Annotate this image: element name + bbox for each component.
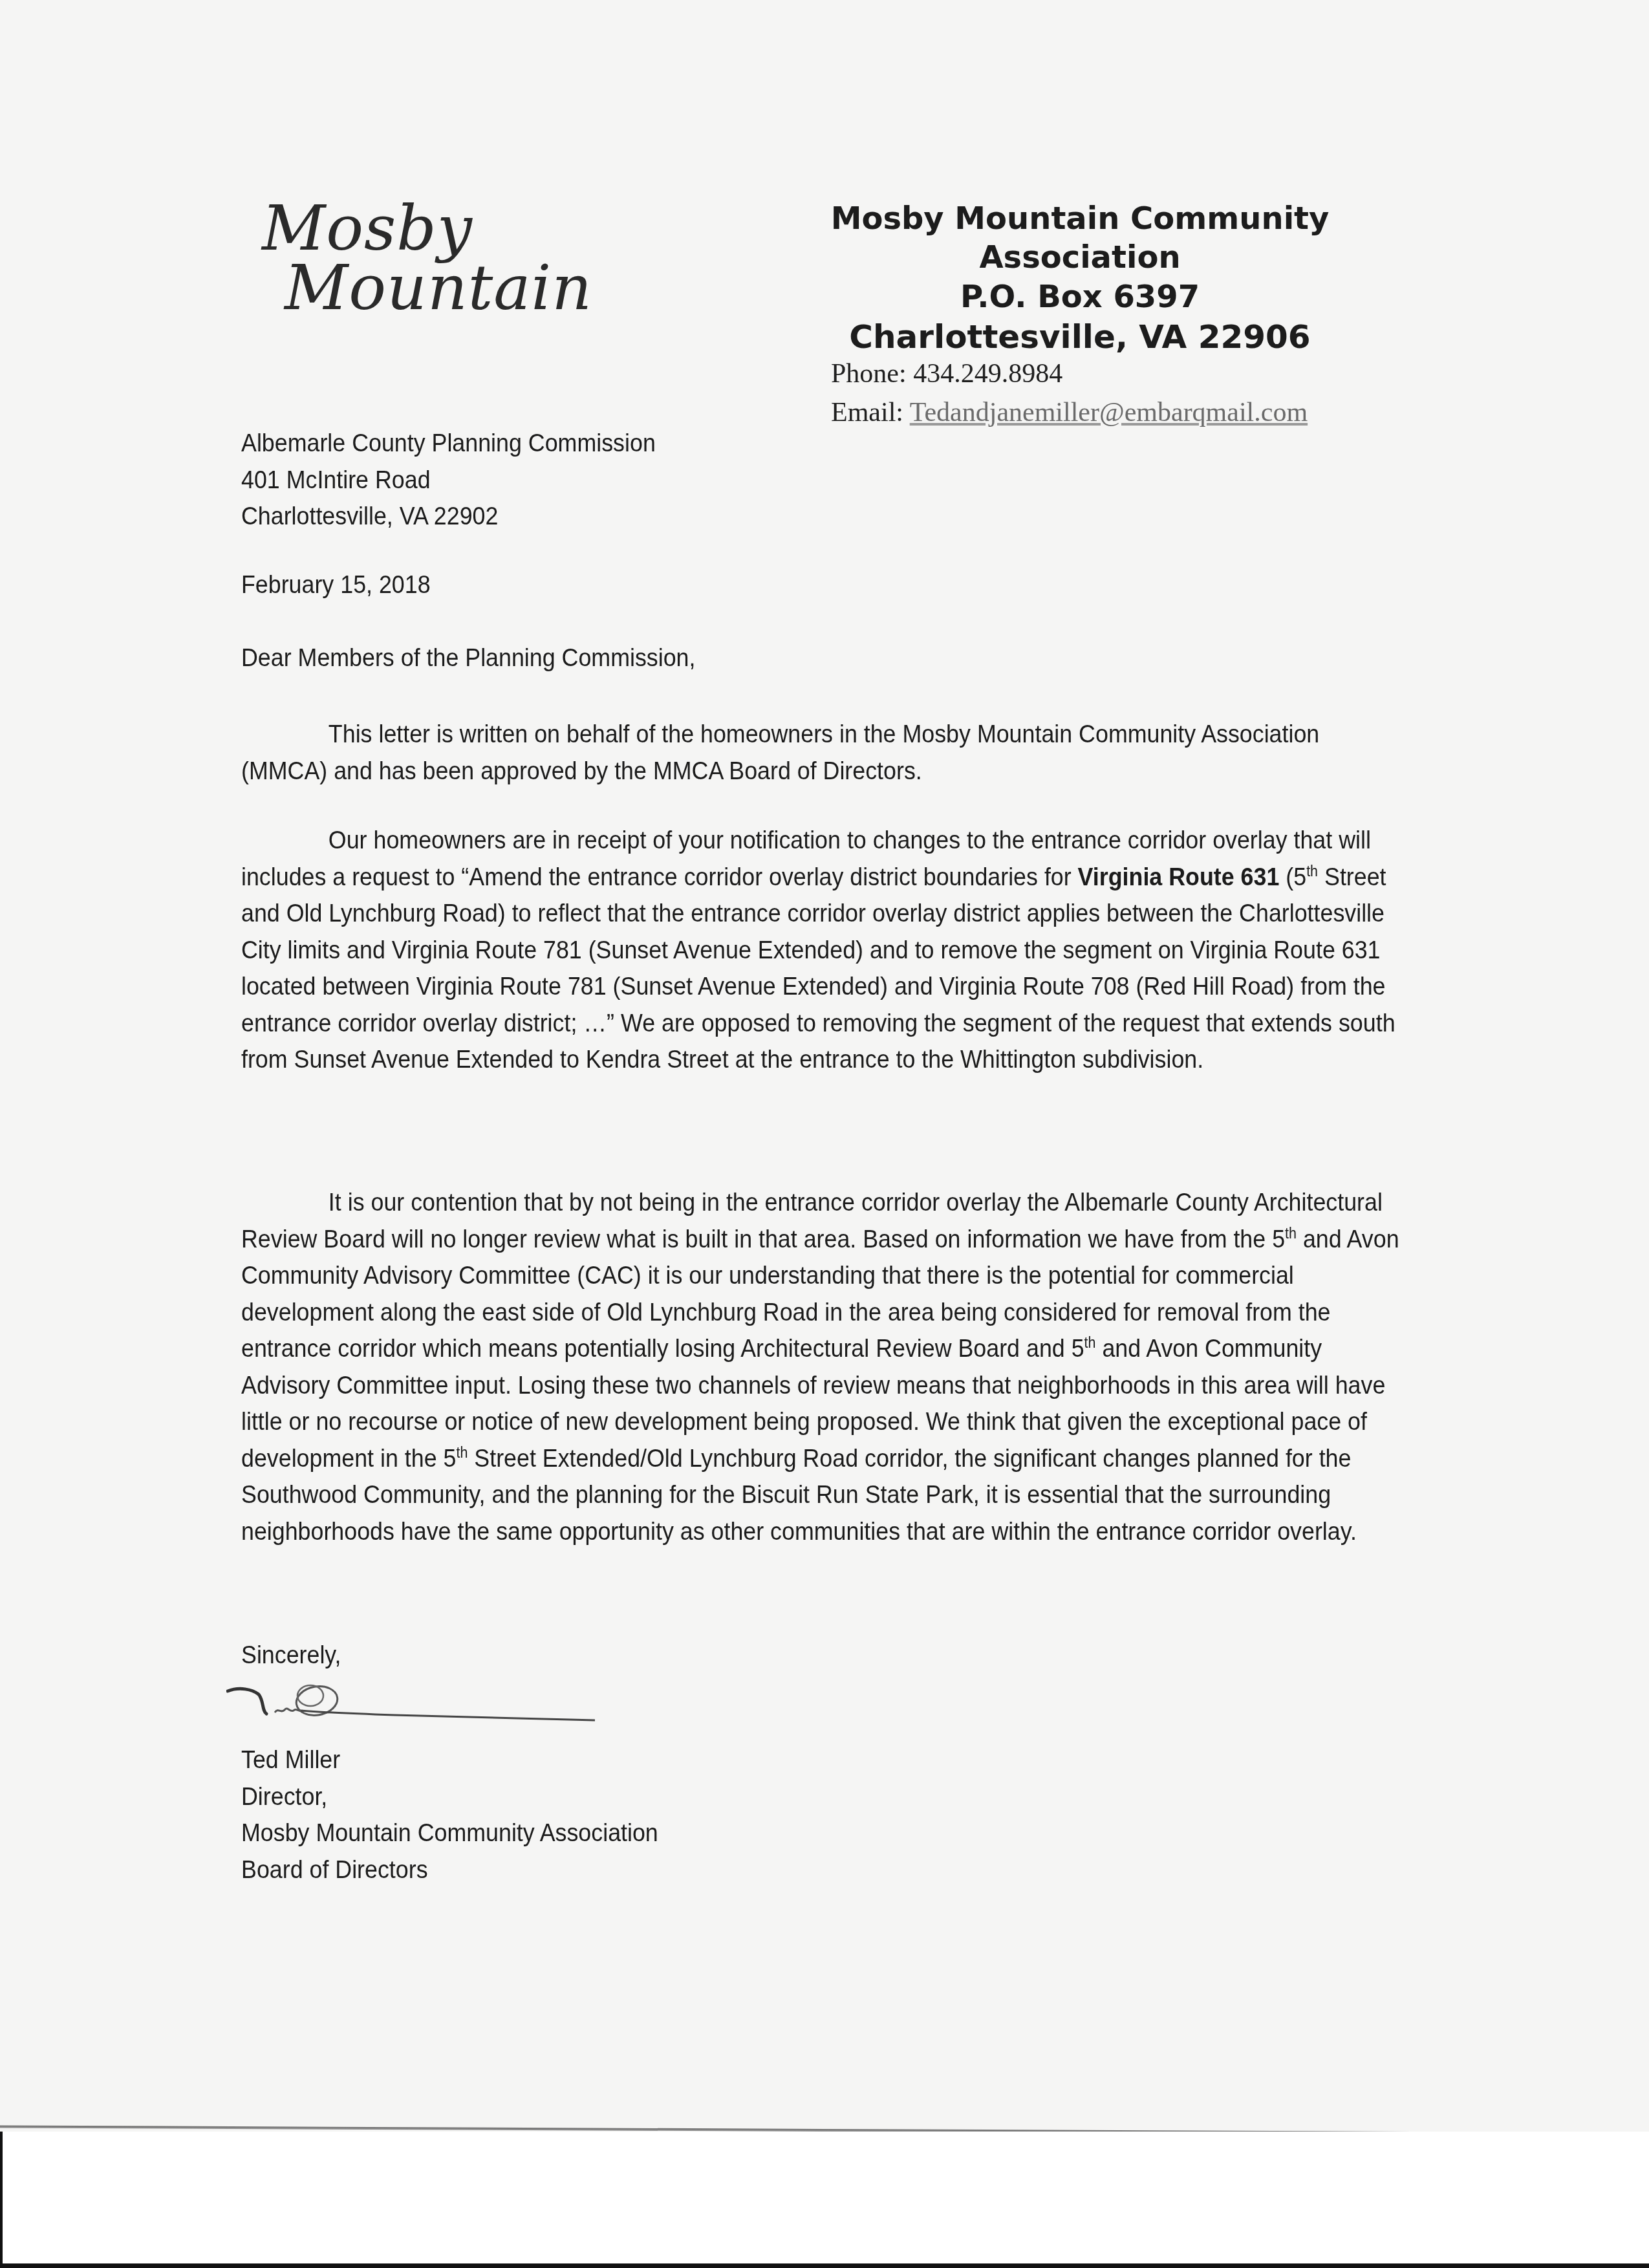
closing: Sincerely, <box>241 1637 1318 1674</box>
letterhead-contact: Phone: 434.249.8984 Email: Tedandjanemil… <box>831 354 1308 432</box>
email-link[interactable]: Tedandjanemiller@embarqmail.com <box>910 398 1308 427</box>
paragraph-2-text: Street and Old Lynchburg Road) to reflec… <box>241 863 1396 1074</box>
signer-title: Director, <box>241 1779 1318 1816</box>
recipient-address: Albemarle County Planning Commission 401… <box>241 426 1318 535</box>
org-name-line-2: Association <box>802 238 1358 277</box>
paragraph-2-text: (5 <box>1279 863 1306 891</box>
paragraph-2: Our homeowners are in receipt of your no… <box>241 823 1318 1079</box>
recipient-city: Charlottesville, VA 22902 <box>241 499 1318 535</box>
logo-line-2: Mountain <box>285 257 592 319</box>
scanner-border <box>0 2263 1649 2268</box>
phone-label: Phone: <box>831 359 907 389</box>
signer-name: Ted Miller <box>241 1742 1318 1779</box>
phone-line: Phone: 434.249.8984 <box>831 354 1308 393</box>
ordinal-suffix: th <box>1084 1334 1096 1351</box>
ordinal-suffix: th <box>1285 1225 1297 1242</box>
recipient-name: Albemarle County Planning Commission <box>241 426 1318 462</box>
recipient-street: 401 McIntire Road <box>241 462 1318 499</box>
paragraph-1: This letter is written on behalf of the … <box>241 717 1318 790</box>
po-box: P.O. Box 6397 <box>802 277 1358 317</box>
ordinal-suffix: th <box>456 1444 468 1461</box>
ordinal-suffix: th <box>1306 863 1318 880</box>
signer-org: Mosby Mountain Community Association <box>241 1815 1318 1852</box>
handwritten-signature <box>226 1675 601 1733</box>
letterhead-address: Mosby Mountain Community Association P.O… <box>802 199 1358 357</box>
mosby-mountain-logo: Mosby Mountain <box>255 197 592 319</box>
paragraph-1-text: This letter is written on behalf of the … <box>241 720 1319 785</box>
phone-number: 434.249.8984 <box>913 359 1062 389</box>
city-state-zip: Charlottesville, VA 22906 <box>802 317 1358 357</box>
scanner-border <box>0 2132 3 2268</box>
email-label: Email: <box>831 398 903 427</box>
signer-block: Ted Miller Director, Mosby Mountain Comm… <box>241 1742 1318 1888</box>
logo-line-1: Mosby <box>262 197 592 259</box>
org-name-line-1: Mosby Mountain Community <box>802 199 1358 238</box>
route-631-emphasis: Virginia Route 631 <box>1078 863 1280 891</box>
paragraph-3-text: It is our contention that by not being i… <box>241 1189 1383 1253</box>
paragraph-3: It is our contention that by not being i… <box>241 1185 1318 1550</box>
signer-board: Board of Directors <box>241 1852 1318 1889</box>
scanner-bed-area <box>0 2132 1649 2268</box>
salutation: Dear Members of the Planning Commission, <box>241 640 1318 677</box>
letter-date: February 15, 2018 <box>241 567 1318 604</box>
